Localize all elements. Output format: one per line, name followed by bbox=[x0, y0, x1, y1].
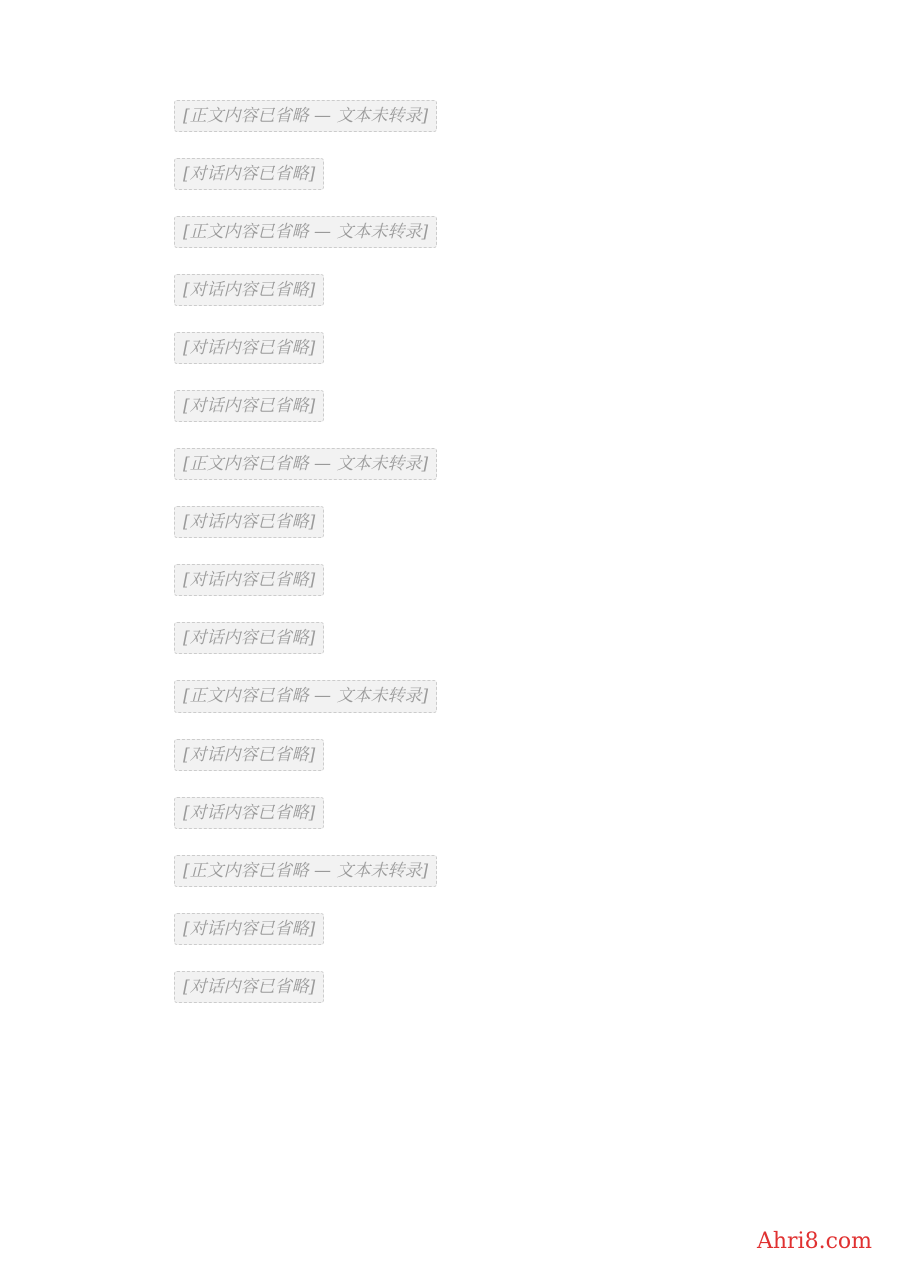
paragraph-dialogue: [对话内容已省略] bbox=[140, 797, 760, 829]
redacted-text: [对话内容已省略] bbox=[174, 913, 324, 945]
redacted-text: [对话内容已省略] bbox=[174, 274, 324, 306]
paragraph-narration: [正文内容已省略 — 文本未转录] bbox=[140, 216, 760, 248]
paragraph-dialogue: [对话内容已省略] bbox=[140, 739, 760, 771]
site-watermark: Ahri8.com bbox=[757, 1229, 872, 1254]
redacted-text: [对话内容已省略] bbox=[174, 564, 324, 596]
redacted-text: [对话内容已省略] bbox=[174, 332, 324, 364]
redacted-text: [对话内容已省略] bbox=[174, 158, 324, 190]
redacted-text: [对话内容已省略] bbox=[174, 971, 324, 1003]
redacted-text: [正文内容已省略 — 文本未转录] bbox=[174, 100, 437, 132]
redacted-text: [对话内容已省略] bbox=[174, 622, 324, 654]
paragraph-narration: [正文内容已省略 — 文本未转录] bbox=[140, 448, 760, 480]
paragraph-dialogue: [对话内容已省略] bbox=[140, 564, 760, 596]
redacted-text: [正文内容已省略 — 文本未转录] bbox=[174, 855, 437, 887]
redacted-text: [对话内容已省略] bbox=[174, 506, 324, 538]
paragraph-dialogue: [对话内容已省略] bbox=[140, 506, 760, 538]
document-page: [正文内容已省略 — 文本未转录][对话内容已省略][正文内容已省略 — 文本未… bbox=[0, 0, 900, 1272]
paragraph-dialogue: [对话内容已省略] bbox=[140, 332, 760, 364]
paragraph-dialogue: [对话内容已省略] bbox=[140, 390, 760, 422]
page-text-block: [正文内容已省略 — 文本未转录][对话内容已省略][正文内容已省略 — 文本未… bbox=[140, 100, 760, 1003]
paragraph-narration: [正文内容已省略 — 文本未转录] bbox=[140, 855, 760, 887]
redacted-text: [正文内容已省略 — 文本未转录] bbox=[174, 680, 437, 712]
redacted-text: [正文内容已省略 — 文本未转录] bbox=[174, 216, 437, 248]
paragraph-narration: [正文内容已省略 — 文本未转录] bbox=[140, 100, 760, 132]
paragraph-dialogue: [对话内容已省略] bbox=[140, 158, 760, 190]
paragraph-dialogue: [对话内容已省略] bbox=[140, 971, 760, 1003]
redacted-text: [对话内容已省略] bbox=[174, 797, 324, 829]
redacted-text: [对话内容已省略] bbox=[174, 739, 324, 771]
paragraph-dialogue: [对话内容已省略] bbox=[140, 274, 760, 306]
paragraph-narration: [正文内容已省略 — 文本未转录] bbox=[140, 680, 760, 712]
redacted-text: [对话内容已省略] bbox=[174, 390, 324, 422]
redacted-text: [正文内容已省略 — 文本未转录] bbox=[174, 448, 437, 480]
paragraph-dialogue: [对话内容已省略] bbox=[140, 913, 760, 945]
paragraph-dialogue: [对话内容已省略] bbox=[140, 622, 760, 654]
